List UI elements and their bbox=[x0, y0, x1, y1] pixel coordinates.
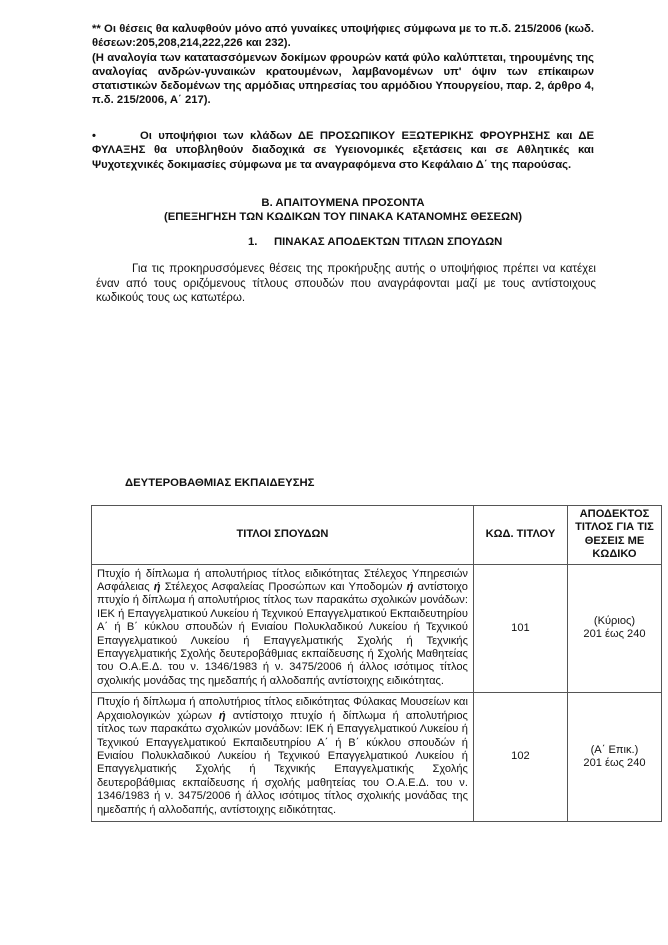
bullet-text: Οι υποψήφιοι των κλάδων ΔΕ ΠΡΟΣΩΠΙΚΟΥ ΕΞ… bbox=[92, 130, 594, 171]
header-positions: ΑΠΟΔΕΚΤΟΣ ΤΙΤΛΟΣ ΓΙΑ ΤΙΣ ΘΕΣΕΙΣ ΜΕ ΚΩΔΙΚ… bbox=[567, 506, 661, 565]
or-emphasis: ή bbox=[407, 581, 414, 593]
positions-type: (Α΄ Επικ.) bbox=[572, 744, 657, 757]
title-description: Πτυχίο ή δίπλωμα ή απολυτήριος τίτλος ει… bbox=[92, 693, 474, 822]
bullet-icon: • bbox=[92, 129, 140, 143]
women-only-note: ** Οι θέσεις θα καλυφθούν μόνο από γυναί… bbox=[92, 22, 594, 108]
header-code: ΚΩΔ. ΤΙΤΛΟΥ bbox=[473, 506, 567, 565]
document-page: ** Οι θέσεις θα καλυφθούν μόνο από γυναί… bbox=[0, 0, 668, 945]
or-emphasis: ή bbox=[219, 710, 226, 722]
table-row: Πτυχίο ή δίπλωμα ή απολυτήριος τίτλος ει… bbox=[92, 564, 662, 693]
section-b-subheading: (ΕΠΕΞΗΓΗΣΗ ΤΩΝ ΚΩΔΙΚΩΝ ΤΟΥ ΠΙΝΑΚΑ ΚΑΤΑΝΟ… bbox=[92, 210, 594, 224]
accepted-positions: (Κύριος) 201 έως 240 bbox=[567, 564, 661, 693]
table-header-row: ΤΙΤΛΟΙ ΣΠΟΥΔΩΝ ΚΩΔ. ΤΙΤΛΟΥ ΑΠΟΔΕΚΤΟΣ ΤΙΤ… bbox=[92, 506, 662, 565]
accepted-positions: (Α΄ Επικ.) 201 έως 240 bbox=[567, 693, 661, 822]
subsection-1-heading: 1.ΠΙΝΑΚΑΣ ΑΠΟΔΕΚΤΩΝ ΤΙΤΛΩΝ ΣΠΟΥΔΩΝ bbox=[248, 235, 608, 249]
section-b-heading: Β. ΑΠΑΙΤΟΥΜΕΝΑ ΠΡΟΣΟΝΤΑ bbox=[92, 196, 594, 210]
title-code: 101 bbox=[473, 564, 567, 693]
title-code: 102 bbox=[473, 693, 567, 822]
accepted-titles-table: ΤΙΤΛΟΙ ΣΠΟΥΔΩΝ ΚΩΔ. ΤΙΤΛΟΥ ΑΠΟΔΕΚΤΟΣ ΤΙΤ… bbox=[91, 505, 662, 822]
or-emphasis: ή bbox=[154, 581, 161, 593]
note-gender-ratio: (Η αναλογία των κατατασσόμενων δοκίμων φ… bbox=[92, 51, 594, 108]
education-level-label: ΔΕΥΤΕΡΟΒΑΘΜΙΑΣ ΕΚΠΑΙΔΕΥΣΗΣ bbox=[125, 477, 314, 489]
intro-paragraph: Για τις προκηρυσσόμενες θέσεις της προκή… bbox=[96, 262, 596, 306]
positions-range: 201 έως 240 bbox=[572, 757, 657, 770]
header-titles: ΤΙΤΛΟΙ ΣΠΟΥΔΩΝ bbox=[92, 506, 474, 565]
title-description: Πτυχίο ή δίπλωμα ή απολυτήριος τίτλος ει… bbox=[92, 564, 474, 693]
positions-range: 201 έως 240 bbox=[572, 628, 657, 641]
subsection-number: 1. bbox=[248, 235, 274, 249]
intro-text: Για τις προκηρυσσόμενες θέσεις της προκή… bbox=[96, 262, 596, 304]
subsection-title: ΠΙΝΑΚΑΣ ΑΠΟΔΕΚΤΩΝ ΤΙΤΛΩΝ ΣΠΟΥΔΩΝ bbox=[274, 236, 502, 248]
note-women-positions: ** Οι θέσεις θα καλυφθούν μόνο από γυναί… bbox=[92, 22, 594, 51]
table-row: Πτυχίο ή δίπλωμα ή απολυτήριος τίτλος ει… bbox=[92, 693, 662, 822]
positions-type: (Κύριος) bbox=[572, 615, 657, 628]
bullet-note: •Οι υποψήφιοι των κλάδων ΔΕ ΠΡΟΣΩΠΙΚΟΥ Ε… bbox=[92, 129, 594, 172]
